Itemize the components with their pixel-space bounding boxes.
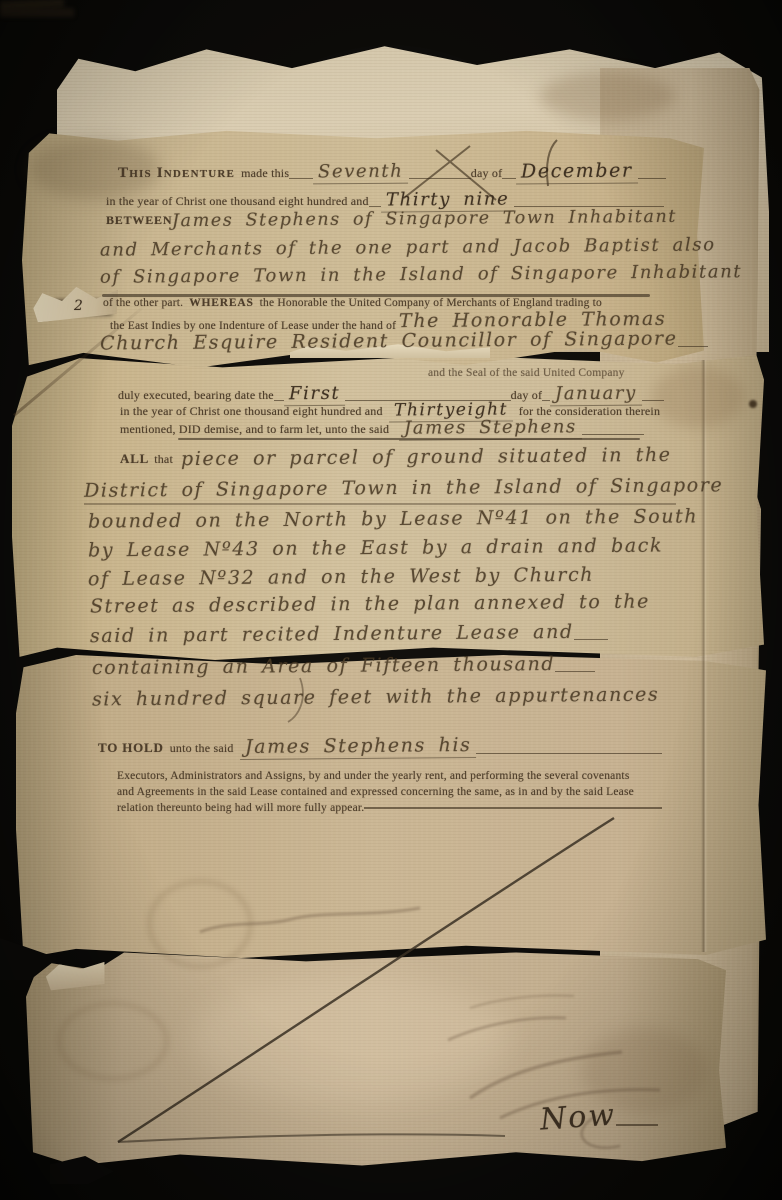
parcel-entry: six hundred square feet with the appurte… — [92, 684, 659, 711]
parcel-line-6: said in part recited Indenture Lease and — [90, 623, 642, 645]
that-label: that — [154, 452, 173, 467]
parcel-line-1: District of Singapore Town in the Island… — [84, 477, 676, 505]
parcel-line-3: by Lease Nº43 on the East by a drain and… — [88, 537, 648, 559]
parcel-entry: of Lease Nº32 and on the West by Church — [88, 564, 594, 590]
habendum-line: TO HOLD unto the said James Stephens his — [98, 735, 662, 759]
demise-line: mentioned, DID demise, and to farm let, … — [120, 417, 644, 440]
parcel-entry: District of Singapore Town in the Island… — [84, 474, 723, 502]
to-hold-label: TO HOLD — [98, 740, 164, 756]
mentioned-label: mentioned, DID demise, and to farm let, … — [120, 422, 389, 437]
parcel-entry: said in part recited Indenture Lease and — [90, 621, 574, 647]
closing-word-line: Now — [540, 1100, 690, 1135]
covenant-text: Executors, Administrators and Assigns, b… — [117, 770, 630, 782]
parties-entry-1: James Stephens of Singapore Town Inhabit… — [172, 207, 677, 231]
parcel-line-4: of Lease Nº32 and on the West by Church — [88, 566, 608, 588]
opening-line-1: This Indenture made this Seventh day of … — [118, 160, 666, 184]
parcel-entry: Street as described in the plan annexed … — [90, 591, 650, 618]
parcel-entry: bounded on the North by Lease Nº41 on th… — [88, 505, 698, 532]
covenant-line-1: Executors, Administrators and Assigns, b… — [117, 770, 665, 782]
parcel-line-2: bounded on the North by Lease Nº41 on th… — [88, 508, 676, 530]
unto-label: unto the said — [170, 741, 234, 756]
whereas-label: WHEREAS — [189, 297, 253, 309]
indenture-lead: This Indenture — [118, 165, 235, 182]
other-part-label: of the other part. — [103, 297, 183, 309]
parcel-line-7: containing an Area of Fifteen thousand — [92, 655, 654, 677]
parcel-entry: by Lease Nº43 on the East by a drain and… — [88, 534, 663, 561]
month-entry: December — [516, 159, 638, 184]
parties-entry-3: of Singapore Town in the Island of Singa… — [100, 261, 742, 288]
photograph-of-indenture-document: This Indenture made this Seventh day of … — [0, 0, 782, 1200]
parties-line-2: and Merchants of the one part and Jacob … — [100, 237, 662, 258]
whereas-line: of the other part. WHEREAS the Honorable… — [103, 297, 661, 309]
all-label: ALL — [120, 451, 149, 467]
officer-entry-2: Church Esquire Resident Councillor of Si… — [100, 327, 678, 354]
parties-line-3: of Singapore Town in the Island of Singa… — [100, 264, 668, 285]
parcel-line-8: six hundred square feet with the appurte… — [92, 686, 624, 708]
covenant-text: relation thereunto being had will more f… — [117, 802, 364, 814]
holder-entry: James Stephens his — [240, 734, 477, 760]
made-this-label: made this — [241, 166, 289, 181]
closing-word-now: Now — [539, 1097, 617, 1137]
between-line: BETWEEN James Stephens of Singapore Town… — [106, 209, 666, 229]
document-text-layer: This Indenture made this Seventh day of … — [0, 0, 782, 1200]
parcel-entry: piece or parcel of ground situated in th… — [181, 444, 672, 470]
covenant-text: and Agreements in the said Lease contain… — [117, 786, 634, 798]
parcel-line-5: Street as described in the plan annexed … — [90, 593, 652, 615]
officer-line-2: Church Esquire Resident Councillor of Si… — [100, 330, 662, 352]
between-label: BETWEEN — [106, 213, 172, 228]
covenant-line-3: relation thereunto being had will more f… — [117, 802, 662, 814]
covenant-line-2: and Agreements in the said Lease contain… — [117, 786, 665, 798]
parcel-line-0: ALL that piece or parcel of ground situa… — [120, 446, 672, 468]
parties-entry-2: and Merchants of the one part and Jacob … — [100, 234, 716, 260]
day-of-label: day of — [471, 166, 503, 181]
year-printed: in the year of Christ one thousand eight… — [106, 194, 369, 209]
margin-number-mark: 2 — [74, 298, 85, 314]
whereas-rest: the Honorable the United Company of Merc… — [260, 297, 602, 309]
day-entry: Seventh — [313, 161, 409, 185]
seal-line: and the Seal of the said United Company — [428, 367, 668, 379]
seal-text: and the Seal of the said United Company — [428, 367, 625, 379]
hand-drawn-rule — [178, 438, 640, 440]
hand-drawn-rule — [102, 294, 650, 297]
parcel-entry: containing an Area of Fifteen thousand — [92, 653, 555, 679]
